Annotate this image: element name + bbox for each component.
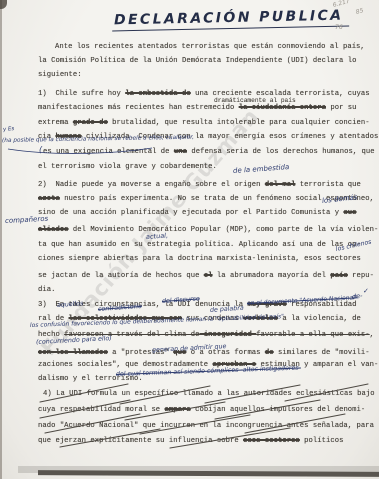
cross-out-stroke-4 bbox=[285, 384, 368, 401]
scan-edge-left bbox=[0, 0, 2, 479]
cross-out-stroke-7 bbox=[215, 400, 320, 419]
scanned-document-page: Fundación Jaime Guzmán DECLARACIÓN PUBLI… bbox=[0, 0, 379, 479]
ink-strokes-overlay bbox=[0, 0, 379, 479]
cross-out-stroke-6 bbox=[125, 402, 225, 420]
cross-out-stroke-1 bbox=[40, 384, 128, 402]
cross-out-stroke-10 bbox=[245, 414, 345, 433]
cross-out-stroke-9 bbox=[140, 415, 250, 434]
ink-curve-1 bbox=[8, 148, 152, 154]
cross-out-stroke-12 bbox=[170, 428, 290, 448]
cross-out-stroke-11 bbox=[60, 429, 160, 447]
cross-out-stroke-8 bbox=[45, 414, 140, 433]
cross-out-stroke-2 bbox=[120, 386, 210, 404]
cross-out-stroke-5 bbox=[40, 400, 130, 418]
